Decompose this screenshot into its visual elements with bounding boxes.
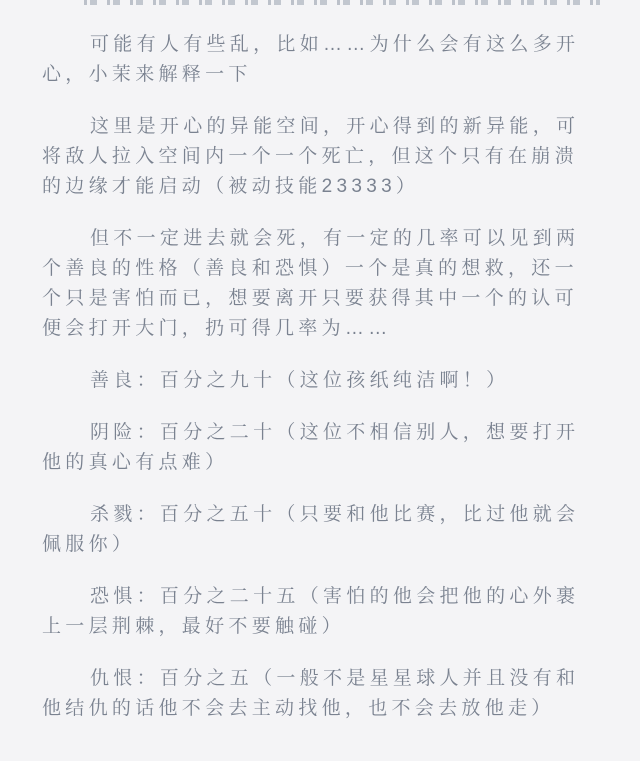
- paragraph-intro: 可能有人有些乱，比如……为什么会有这么多开心，小茉来解释一下: [42, 30, 601, 90]
- paragraph-escape-rules: 但不一定进去就会死，有一定的几率可以见到两个善良的性格（善良和恐惧）一个是真的想…: [42, 224, 601, 344]
- paragraph-stat-hatred: 仇恨：百分之五（一般不是星星球人并且没有和他结仇的话他不会去主动找他，也不会去放…: [42, 664, 601, 724]
- paragraph-ability-space: 这里是开心的异能空间，开心得到的新异能，可将敌人拉入空间内一个一个死亡，但这个只…: [42, 112, 601, 202]
- paragraph-stat-kindness: 善良：百分之九十（这位孩纸纯洁啊！）: [42, 366, 601, 396]
- paragraph-stat-fear: 恐惧：百分之二十五（害怕的他会把他的心外裹上一层荆棘，最好不要触碰）: [42, 582, 601, 642]
- cropped-text-line: [84, 0, 600, 5]
- text-content: 可能有人有些乱，比如……为什么会有这么多开心，小茉来解释一下 这里是开心的异能空…: [42, 30, 601, 746]
- ebook-page: 可能有人有些乱，比如……为什么会有这么多开心，小茉来解释一下 这里是开心的异能空…: [0, 0, 640, 761]
- paragraph-stat-slaughter: 杀戮：百分之五十（只要和他比赛，比过他就会佩服你）: [42, 500, 601, 560]
- paragraph-stat-sinister: 阴险：百分之二十（这位不相信别人，想要打开他的真心有点难）: [42, 418, 601, 478]
